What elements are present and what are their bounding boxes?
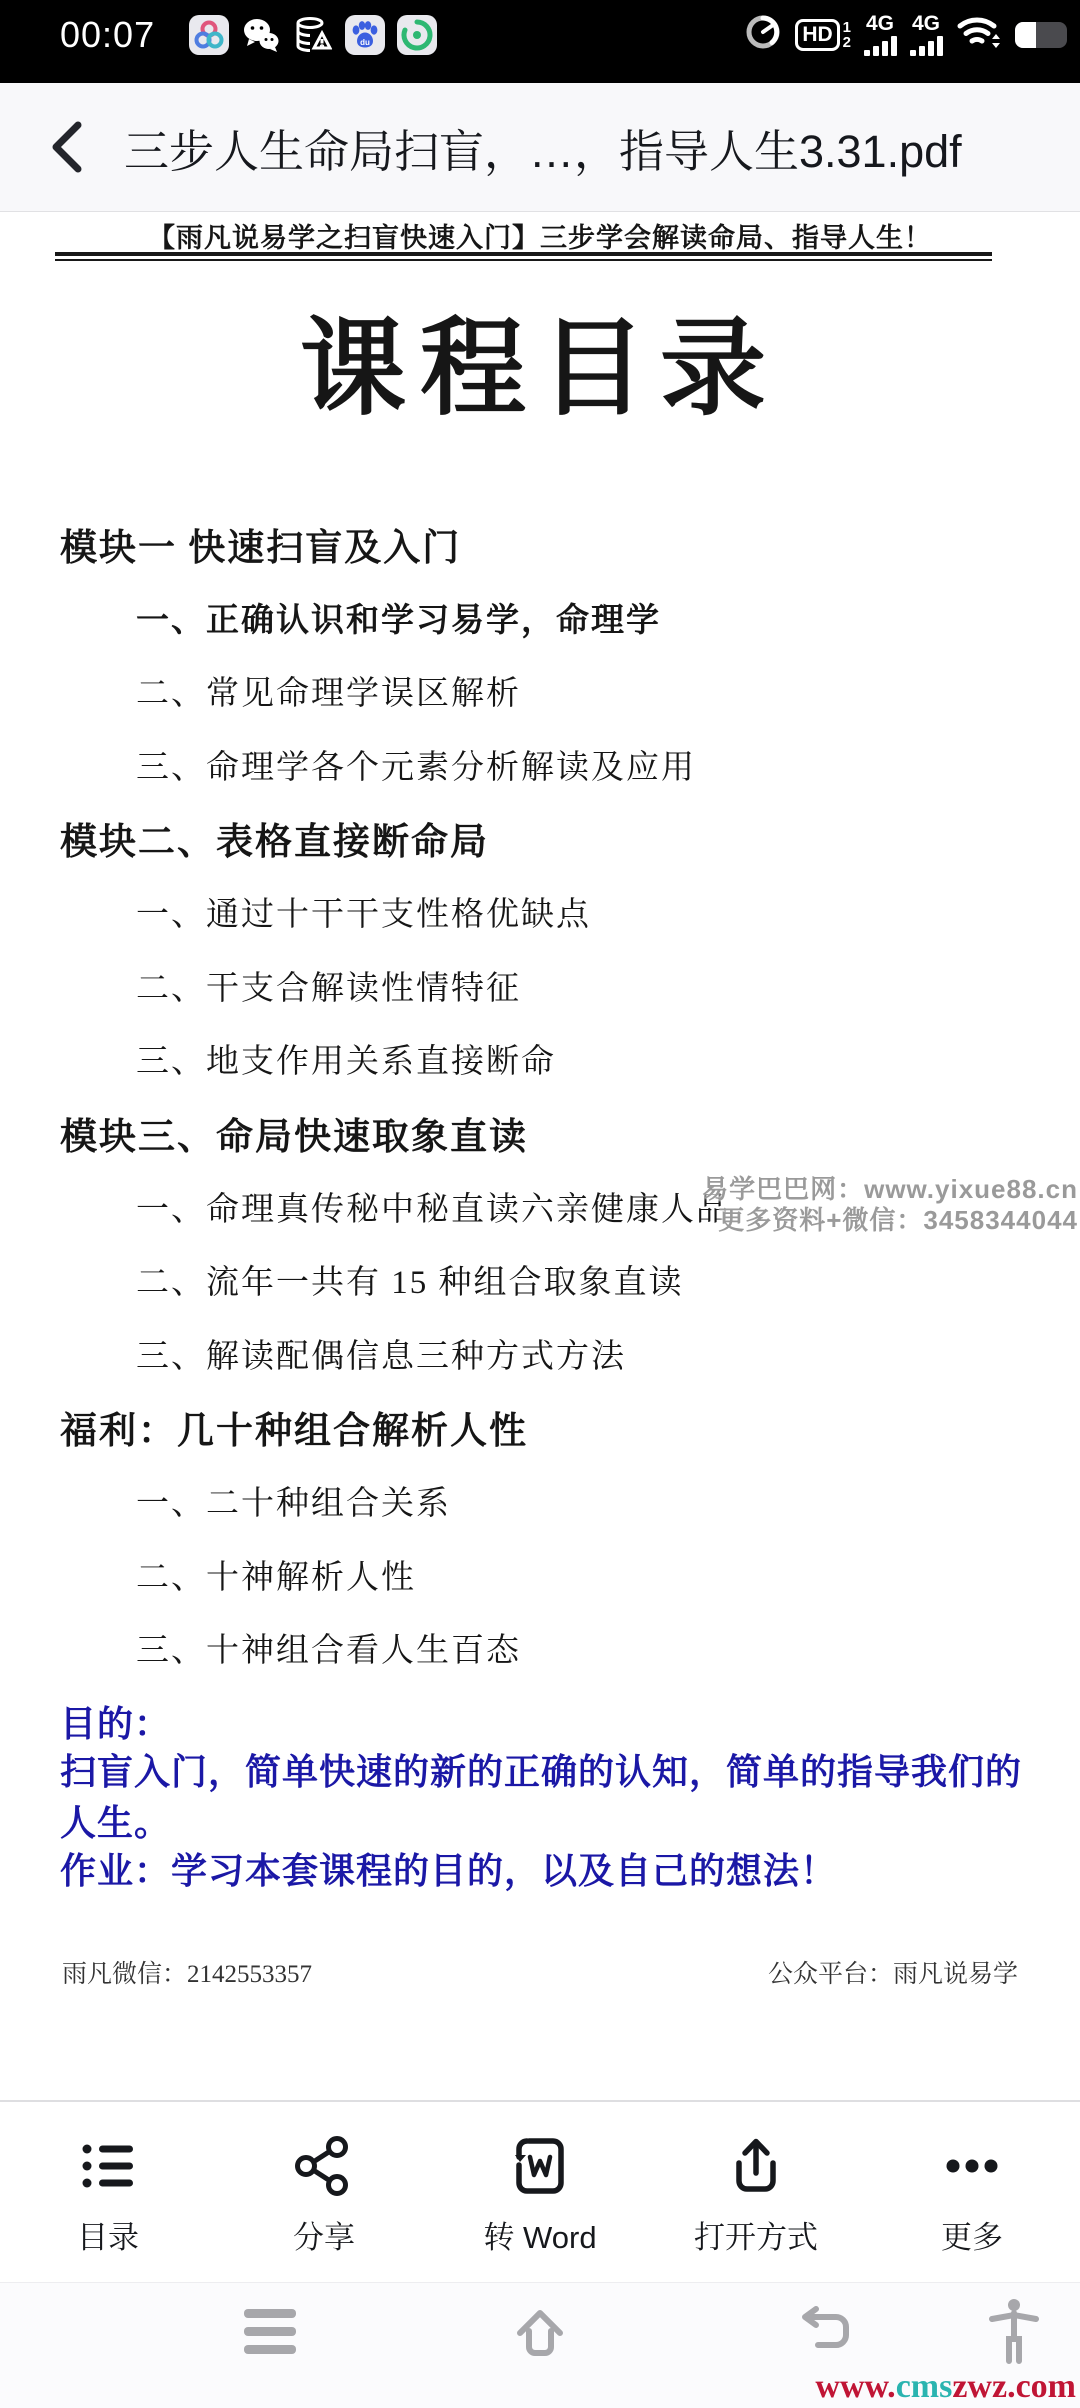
outline-item: 二、常见命理学误区解析 bbox=[60, 654, 1044, 728]
share-button[interactable]: 分享 bbox=[216, 2134, 432, 2282]
notification-icons: du bbox=[189, 15, 437, 55]
outline-item: 一、正确认识和学习易学，命理学 bbox=[60, 581, 1044, 655]
module-heading: 模块二、表格直接断命局 bbox=[60, 801, 1044, 875]
storage-warning-icon bbox=[293, 15, 333, 55]
more-button[interactable]: 更多 bbox=[864, 2134, 1080, 2282]
gesture-person-icon[interactable] bbox=[982, 2299, 1046, 2363]
outline-item: 三、解读配偶信息三种方式方法 bbox=[60, 1317, 1044, 1391]
svg-text:du: du bbox=[360, 38, 370, 47]
convert-to-word-button[interactable]: 转 Word bbox=[432, 2134, 648, 2282]
module-heading: 模块三、命局快速取象直读 bbox=[60, 1096, 1044, 1170]
wifi-icon bbox=[956, 13, 1002, 56]
status-indicators: HD 1 2 4G 4G bbox=[744, 13, 1062, 56]
open-with-button[interactable]: 打开方式 bbox=[648, 2134, 864, 2282]
outline-item: 一、通过十干干支性格优缺点 bbox=[60, 875, 1044, 949]
outline-item: 三、地支作用关系直接断命 bbox=[60, 1022, 1044, 1096]
phone-screen: 00:07 bbox=[0, 0, 1080, 2408]
sim2-signal-icon: 4G bbox=[910, 14, 943, 56]
back-nav-icon[interactable] bbox=[794, 2299, 858, 2363]
corner-url-watermark: www.cmszwz.com bbox=[815, 2368, 1076, 2406]
open-with-icon bbox=[725, 2134, 787, 2198]
pdf-toolbar: 目录 分享 bbox=[0, 2100, 1080, 2282]
outline-item: 三、十神组合看人生百态 bbox=[60, 1611, 1044, 1685]
clock: 00:07 bbox=[60, 14, 155, 56]
outline-item: 二、十神解析人性 bbox=[60, 1537, 1044, 1611]
app-header: 三步人生命局扫盲，…，指导人生3.31.pdf bbox=[0, 83, 1080, 212]
volte-hd-icon: HD 1 2 bbox=[795, 19, 851, 51]
purpose-text: 扫盲入门，简单快速的新的正确的认知，简单的指导我们的人生。 bbox=[60, 1758, 1044, 1832]
wechat-contact: 雨凡微信：2142553357 bbox=[62, 1954, 312, 1990]
back-chevron-icon bbox=[46, 119, 84, 175]
site-watermark: 易学巴巴网：www.yixue88.cn 更多资料+微信：3458344044 bbox=[702, 1174, 1080, 1236]
pdf-banner-line: 【雨凡说易学之扫盲快速入门】三步学会解读命局、指导人生！ bbox=[0, 216, 1080, 255]
outline-item: 一、二十种组合关系 bbox=[60, 1464, 1044, 1538]
green-swirl-icon bbox=[397, 15, 437, 55]
network-speed-icon bbox=[744, 13, 782, 56]
pdf-viewer-page[interactable]: 【雨凡说易学之扫盲快速入门】三步学会解读命局、指导人生！ 课程目录 模块一 快速… bbox=[0, 212, 1080, 2100]
pdf-footer: 雨凡微信：2142553357 公众平台：雨凡说易学 bbox=[62, 1950, 1018, 1994]
mi-share-icon bbox=[189, 15, 229, 55]
outline-item: 三、命理学各个元素分析解读及应用 bbox=[60, 728, 1044, 802]
document-title: 三步人生命局扫盲，…，指导人生3.31.pdf bbox=[124, 115, 962, 180]
home-icon[interactable] bbox=[508, 2299, 572, 2363]
toc-button[interactable]: 目录 bbox=[0, 2134, 216, 2282]
baidu-icon: du bbox=[345, 15, 385, 55]
wechat-icon bbox=[241, 15, 281, 55]
back-button[interactable] bbox=[46, 112, 102, 182]
more-dots-icon bbox=[941, 2134, 1003, 2198]
module-heading: 模块一 快速扫盲及入门 bbox=[60, 507, 1044, 581]
word-convert-icon bbox=[509, 2134, 571, 2198]
outline-item: 二、流年一共有 15 种组合取象直读 bbox=[60, 1243, 1044, 1317]
banner-double-rule bbox=[55, 252, 992, 261]
share-nodes-icon bbox=[293, 2134, 355, 2198]
bonus-heading: 福利：几十种组合解析人性 bbox=[60, 1390, 1044, 1464]
status-bar: 00:07 bbox=[0, 0, 1080, 83]
course-catalog-title: 课程目录 bbox=[0, 308, 1080, 432]
outline-item: 二、干支合解读性情特征 bbox=[60, 949, 1044, 1023]
public-platform: 公众平台：雨凡说易学 bbox=[768, 1954, 1018, 1990]
toc-list-icon bbox=[77, 2134, 139, 2198]
battery-icon bbox=[1015, 22, 1062, 48]
sim1-signal-icon: 4G bbox=[864, 14, 897, 56]
menu-icon[interactable] bbox=[238, 2299, 302, 2363]
